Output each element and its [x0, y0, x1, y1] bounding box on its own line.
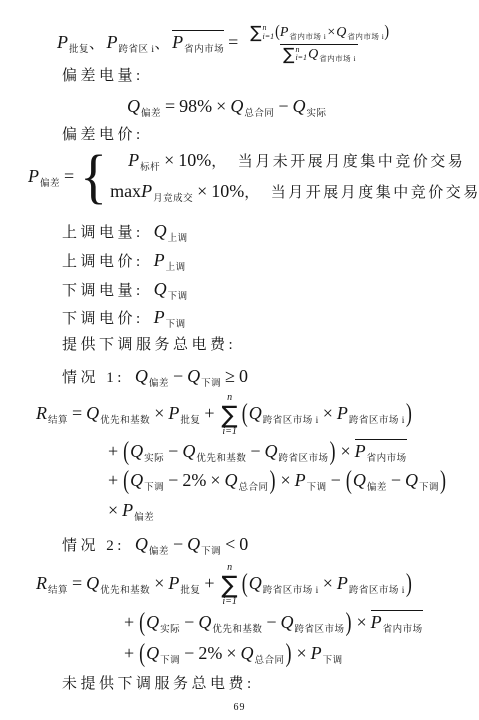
display-summation: n∑i=1	[222, 562, 238, 608]
math-variable: Q	[230, 96, 243, 116]
math-subscript: 偏差	[149, 547, 169, 557]
math-operator: ×	[357, 612, 367, 632]
math-variable: P	[128, 150, 139, 170]
math-variable: P	[154, 250, 165, 270]
var-with-subscript: Q偏差	[353, 470, 387, 490]
var-with-subscript: P批复	[168, 573, 200, 593]
math-operator: ×	[281, 470, 291, 490]
var-with-subscript: Q上调	[154, 221, 188, 241]
var-with-subscript: Q跨省区市场 i	[249, 403, 319, 423]
math-variable: Q	[336, 25, 346, 40]
var-with-subscript: Q下调	[130, 470, 164, 490]
math-subscript: 省内市场	[383, 625, 423, 635]
math-variable: P	[107, 32, 118, 52]
math-number: 2%	[182, 470, 206, 490]
math-operator: ×	[297, 643, 307, 663]
math-subscript: 批复	[69, 45, 89, 55]
math-variable: P	[57, 32, 68, 52]
var-with-subscript: Q实际	[146, 612, 180, 632]
math-operator: +	[204, 573, 214, 593]
line-down-price: 下调电价:P下调	[62, 307, 186, 331]
math-variable: Q	[249, 573, 262, 593]
math-subscript: 偏差	[134, 513, 154, 523]
math-subscript: 偏差	[141, 109, 161, 119]
math-variable: P	[280, 25, 289, 40]
var-with-subscript: Q总合同	[224, 470, 268, 490]
summation-limits: ni=1	[295, 46, 307, 64]
label-up-price: 上调电价:	[62, 254, 144, 270]
var-with-subscript: P偏差	[122, 500, 154, 520]
math-operator: <	[225, 534, 235, 554]
cases-brace: {	[80, 149, 107, 206]
math-subscript: 跨省区市场	[279, 454, 329, 464]
var-with-subscript: Q跨省区市场	[265, 441, 329, 461]
var-with-subscript: P标杆	[128, 150, 160, 170]
inline-summation: ∑ni=1	[250, 24, 274, 42]
math-operator: +	[124, 612, 134, 632]
big-paren: (	[242, 568, 248, 599]
math-variable: P	[311, 643, 322, 663]
math-variable: Q	[135, 366, 148, 386]
math-number: 10%	[211, 181, 244, 201]
var-with-subscript: Q偏差	[127, 96, 161, 116]
label-no-provide-down-service-fee: 未提供下调服务总电费:	[62, 675, 255, 694]
math-subscript: 跨省区市场	[295, 625, 345, 635]
label-case1: 情况 1:	[62, 370, 125, 386]
math-subscript: 下调	[168, 292, 188, 302]
math-subscript: 下调	[307, 483, 327, 493]
var-with-subscript: Q优先和基数	[198, 612, 262, 632]
math-variable: Q	[249, 403, 262, 423]
math-variable: Q	[127, 96, 140, 116]
var-with-subscript: Q下调	[154, 279, 188, 299]
label-down-price: 下调电价:	[62, 311, 144, 327]
var-with-subscript: Q省内市场 i	[308, 47, 356, 62]
summation-limit: i=1	[222, 426, 237, 438]
cases-rows: P标杆×10%，当月未开展月度集中竞价交易maxP月竞成交×10%，当月开展月度…	[110, 150, 479, 206]
math-subscript: 月竞成交	[153, 194, 193, 204]
formula-up-price: P上调	[154, 250, 186, 270]
formula-case1-condition: Q偏差−Q下调≥0	[135, 366, 248, 386]
math-subscript: 跨省区市场 i	[349, 416, 405, 426]
big-paren: )	[270, 465, 276, 496]
label-deviation-quantity: 偏差电量:	[62, 67, 144, 86]
var-with-subscript: Q实际	[293, 96, 327, 116]
math-subscript: 总合同	[238, 483, 268, 493]
var-with-subscript: Q省内市场 i	[336, 25, 384, 40]
var-with-subscript: Q优先和基数	[86, 403, 150, 423]
math-subscript: 省内市场	[184, 45, 224, 55]
sigma-symbol: ∑	[222, 574, 238, 597]
math-operator: =	[64, 166, 74, 186]
var-with-subscript: Q下调	[187, 366, 221, 386]
math-subscript: 下调	[144, 483, 164, 493]
var-with-subscript: Q优先和基数	[182, 441, 246, 461]
math-variable: Q	[182, 441, 195, 461]
math-operator: +	[124, 643, 134, 663]
math-subscript: 实际	[307, 109, 327, 119]
sigma-symbol: ∑	[283, 46, 294, 63]
formula-deviation-price-cases: P偏差={P标杆×10%，当月未开展月度集中竞价交易maxP月竞成交×10%，当…	[28, 150, 479, 206]
math-subscript: 批复	[180, 416, 200, 426]
math-cn-text: 、	[155, 36, 173, 52]
math-cn-text: ，	[244, 185, 262, 201]
var-with-subscript: P下调	[311, 643, 343, 663]
math-operator: −	[331, 470, 341, 490]
math-subscript: 省内市场	[367, 454, 407, 464]
var-with-subscript: R结算	[36, 403, 68, 423]
math-operator: ×	[226, 643, 236, 663]
math-operator: −	[168, 441, 178, 461]
var-with-subscript: P上调	[154, 250, 186, 270]
math-operator: ×	[327, 25, 335, 40]
math-variable: Q	[146, 643, 159, 663]
var-with-subscript: Q下调	[187, 534, 221, 554]
var-with-subscript: Q跨省区市场 i	[249, 573, 319, 593]
math-operator: ×	[323, 403, 333, 423]
math-subscript: 省内市场 i	[319, 54, 356, 63]
math-subscript: 实际	[144, 454, 164, 464]
math-operator: −	[184, 612, 194, 632]
line-case2-condition: 情况 2:Q偏差−Q下调<0	[62, 534, 248, 558]
var-with-subscript: P偏差	[28, 166, 60, 186]
var-with-subscript: P下调	[295, 470, 327, 490]
math-operator: −	[278, 96, 288, 116]
math-number: 98%	[179, 96, 212, 116]
line-down-quantity: 下调电量:Q下调	[62, 279, 188, 303]
math-operator: ×	[154, 573, 164, 593]
cases-group: {P标杆×10%，当月未开展月度集中竞价交易maxP月竞成交×10%，当月开展月…	[80, 150, 479, 206]
math-operator: −	[173, 366, 183, 386]
math-subscript: 偏差	[40, 179, 60, 189]
math-subscript: 下调	[323, 656, 343, 666]
math-variable: Q	[86, 403, 99, 423]
formula-case1-settlement-line2: +(Q实际−Q优先和基数−Q跨省区市场)×P省内市场	[104, 441, 407, 465]
big-paren: )	[440, 465, 446, 496]
math-number: 2%	[198, 643, 222, 663]
var-with-subscript: Q下调	[146, 643, 180, 663]
math-subscript: 下调	[419, 483, 439, 493]
math-variable: Q	[224, 470, 237, 490]
math-number: 0	[239, 366, 248, 386]
big-paren: (	[242, 398, 248, 429]
big-paren: (	[139, 638, 145, 669]
document-page: P批复、P跨省区 i、P省内市场=∑ni=1(P省内市场 i×Q省内市场 i)∑…	[0, 0, 479, 720]
math-operator: −	[391, 470, 401, 490]
math-cn-text: 、	[89, 36, 107, 52]
label-down-quantity: 下调电量:	[62, 283, 144, 299]
line-up-quantity: 上调电量:Q上调	[62, 221, 188, 245]
var-with-subscript: P下调	[154, 307, 186, 327]
math-operator: −	[184, 643, 194, 663]
var-with-subscript: P省内市场 i	[280, 25, 327, 40]
math-variable: R	[36, 403, 47, 423]
fraction-denominator: ∑ni=1Q省内市场 i	[280, 44, 358, 65]
line-up-price: 上调电价:P上调	[62, 250, 186, 274]
math-operator: =	[165, 96, 175, 116]
math-operator: −	[168, 470, 178, 490]
big-paren: (	[346, 465, 352, 496]
line-case1-condition: 情况 1:Q偏差−Q下调≥0	[62, 366, 248, 390]
math-variable: Q	[308, 47, 318, 62]
cases-row: maxP月竞成交×10%，当月开展月度集中竞价交易	[110, 181, 479, 205]
formula-avg-price-definition: P批复、P跨省区 i、P省内市场=∑ni=1(P省内市场 i×Q省内市场 i)∑…	[57, 24, 391, 64]
math-operator: ×	[323, 573, 333, 593]
label-deviation-price: 偏差电价:	[62, 126, 144, 145]
math-variable: Q	[146, 612, 159, 632]
math-variable: Q	[187, 534, 200, 554]
math-subscript: 优先和基数	[196, 454, 246, 464]
math-operator: +	[108, 470, 118, 490]
math-variable: Q	[293, 96, 306, 116]
math-variable: Q	[405, 470, 418, 490]
math-operator: ≥	[225, 366, 235, 386]
formula-case1-settlement-line3: +(Q下调−2%×Q总合同)×P下调−(Q偏差−Q下调)	[104, 470, 447, 494]
math-variable: P	[295, 470, 306, 490]
math-variable: P	[371, 612, 382, 632]
var-with-subscript: P跨省区市场 i	[337, 573, 405, 593]
var-with-subscript: P跨省区 i	[107, 32, 155, 52]
formula-case2-condition: Q偏差−Q下调<0	[135, 534, 248, 554]
overlined-var: P省内市场	[371, 610, 423, 632]
math-subscript: 优先和基数	[212, 625, 262, 635]
var-with-subscript: Q总合同	[240, 643, 284, 663]
math-number: 10%	[178, 150, 211, 170]
math-subscript: 上调	[166, 263, 186, 273]
math-operator: =	[228, 32, 238, 52]
cases-row: P标杆×10%，当月未开展月度集中竞价交易	[110, 150, 479, 174]
math-subscript: 实际	[160, 625, 180, 635]
math-operator: −	[250, 441, 260, 461]
var-with-subscript: Q偏差	[135, 366, 169, 386]
math-operator: ×	[341, 441, 351, 461]
math-variable: P	[168, 573, 179, 593]
big-paren: (	[139, 607, 145, 638]
math-operator: ×	[216, 96, 226, 116]
math-operator: −	[266, 612, 276, 632]
math-subscript: 下调	[201, 379, 221, 389]
math-variable: P	[337, 573, 348, 593]
var-with-subscript: P批复	[168, 403, 200, 423]
math-variable: R	[36, 573, 47, 593]
formula-down-price: P下调	[154, 307, 186, 327]
formula-case1-settlement-line1: R结算=Q优先和基数×P批复+n∑i=1(Q跨省区市场 i×P跨省区市场 i)	[36, 392, 413, 438]
math-variable: Q	[281, 612, 294, 632]
var-with-subscript: P月竞成交	[141, 181, 193, 201]
math-variable: Q	[265, 441, 278, 461]
math-operator: +	[108, 441, 118, 461]
math-subscript: 下调	[166, 320, 186, 330]
label-provide-down-service-fee: 提供下调服务总电费:	[62, 336, 236, 355]
math-operator: ×	[164, 150, 174, 170]
var-with-subscript: Q下调	[405, 470, 439, 490]
math-subscript: 偏差	[367, 483, 387, 493]
math-operator: +	[204, 403, 214, 423]
formula-deviation-quantity: Q偏差=98%×Q总合同−Q实际	[127, 96, 327, 120]
formula-up-quantity: Q上调	[154, 221, 188, 241]
formula-case1-settlement-line4: ×P偏差	[104, 500, 154, 524]
var-with-subscript: Q实际	[130, 441, 164, 461]
fraction-numerator: ∑ni=1(P省内市场 i×Q省内市场 i)	[247, 24, 391, 44]
math-operator: ×	[197, 181, 207, 201]
var-with-subscript: Q跨省区市场	[281, 612, 345, 632]
overlined-var: P省内市场	[172, 30, 224, 52]
math-subscript: 跨省区市场 i	[263, 416, 319, 426]
math-operator: =	[72, 573, 82, 593]
sigma-symbol: ∑	[222, 404, 238, 427]
math-variable: P	[168, 403, 179, 423]
math-variable: Q	[198, 612, 211, 632]
math-subscript: 偏差	[149, 379, 169, 389]
math-subscript: 结算	[48, 586, 68, 596]
var-with-subscript: Q总合同	[230, 96, 274, 116]
math-number: 0	[239, 534, 248, 554]
math-variable: Q	[86, 573, 99, 593]
math-subscript: 标杆	[140, 163, 160, 173]
big-paren: )	[346, 607, 352, 638]
math-operator: ×	[108, 500, 118, 520]
var-with-subscript: P跨省区市场 i	[337, 403, 405, 423]
summation-limits: ni=1	[263, 24, 275, 42]
math-subscript: 结算	[48, 416, 68, 426]
var-with-subscript: Q优先和基数	[86, 573, 150, 593]
paren: )	[384, 23, 389, 45]
display-summation: n∑i=1	[222, 392, 238, 438]
math-operator: ×	[210, 470, 220, 490]
math-cn-text: ，	[211, 154, 229, 170]
label-case2: 情况 2:	[62, 538, 125, 554]
math-variable: P	[141, 181, 152, 201]
formula-case2-settlement-line2: +(Q实际−Q优先和基数−Q跨省区市场)×P省内市场	[120, 612, 423, 636]
fraction: ∑ni=1(P省内市场 i×Q省内市场 i)∑ni=1Q省内市场 i	[247, 24, 391, 64]
big-paren: )	[286, 638, 292, 669]
math-subscript: 下调	[201, 547, 221, 557]
math-cn-text: 当月开展月度集中竞价交易	[271, 185, 479, 201]
big-paren: )	[406, 398, 412, 429]
math-variable: Q	[353, 470, 366, 490]
math-variable: P	[122, 500, 133, 520]
math-subscript: 批复	[180, 586, 200, 596]
paren: (	[275, 23, 280, 45]
math-variable: P	[28, 166, 39, 186]
overlined-var: P省内市场	[355, 439, 407, 461]
math-variable: P	[355, 441, 366, 461]
math-variable: Q	[130, 441, 143, 461]
math-variable: Q	[135, 534, 148, 554]
math-subscript: 总合同	[254, 656, 284, 666]
math-subscript: 省内市场 i	[289, 32, 326, 41]
page-number: 69	[0, 702, 479, 713]
math-subscript: 上调	[168, 234, 188, 244]
math-variable: Q	[187, 366, 200, 386]
math-variable: Q	[154, 279, 167, 299]
sigma-symbol: ∑	[250, 24, 261, 41]
math-variable: P	[172, 32, 183, 52]
label-up-quantity: 上调电量:	[62, 225, 144, 241]
math-variable: P	[337, 403, 348, 423]
formula-down-quantity: Q下调	[154, 279, 188, 299]
var-with-subscript: P批复	[57, 32, 89, 52]
big-paren: (	[123, 465, 129, 496]
math-subscript: 优先和基数	[100, 416, 150, 426]
inline-summation: ∑ni=1	[283, 46, 307, 64]
math-variable: Q	[240, 643, 253, 663]
var-with-subscript: R结算	[36, 573, 68, 593]
math-variable: P	[154, 307, 165, 327]
math-operator: =	[72, 403, 82, 423]
math-operator: −	[173, 534, 183, 554]
math-subscript: 跨省区市场 i	[263, 586, 319, 596]
math-subscript: 下调	[160, 656, 180, 666]
big-paren: (	[123, 436, 129, 467]
math-subscript: 跨省区市场 i	[349, 586, 405, 596]
math-variable: Q	[130, 470, 143, 490]
math-number: max	[110, 181, 141, 201]
math-subscript: 跨省区 i	[119, 45, 155, 55]
math-subscript: 省内市场 i	[347, 32, 384, 41]
summation-limit: i=1	[222, 596, 237, 608]
math-subscript: 优先和基数	[100, 586, 150, 596]
math-subscript: 总合同	[244, 109, 274, 119]
var-with-subscript: Q偏差	[135, 534, 169, 554]
math-cn-text: 当月未开展月度集中竞价交易	[238, 154, 466, 170]
math-operator: ×	[154, 403, 164, 423]
big-paren: )	[406, 568, 412, 599]
formula-case2-settlement-line1: R结算=Q优先和基数×P批复+n∑i=1(Q跨省区市场 i×P跨省区市场 i)	[36, 562, 413, 608]
math-variable: Q	[154, 221, 167, 241]
big-paren: )	[330, 436, 336, 467]
formula-case2-settlement-line3: +(Q下调−2%×Q总合同)×P下调	[120, 643, 343, 667]
